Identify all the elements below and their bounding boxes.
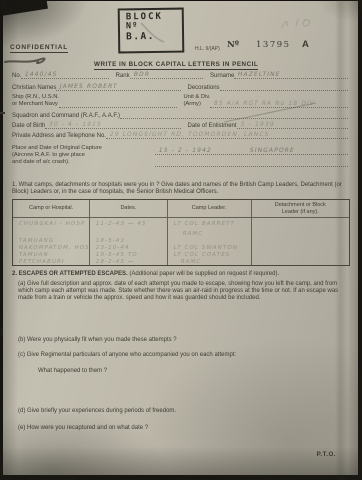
field-rank-label: Rank bbox=[116, 73, 130, 79]
serial-number: 13795 bbox=[256, 40, 291, 50]
field-capture-line1: 15 - 2 - 1942 SINGAPORE bbox=[155, 145, 348, 155]
field-christian-names-label: Christian Names bbox=[12, 85, 56, 91]
serial-no-label: Nº bbox=[227, 40, 239, 50]
table-row-leader: LT COL COATES bbox=[168, 251, 252, 258]
field-surname-value: HAZELTINE bbox=[237, 71, 281, 78]
table-row-camp: PETCHABURI bbox=[13, 258, 90, 266]
leader-value: LT COL SWANTON bbox=[173, 245, 238, 251]
table-row-detachment bbox=[252, 258, 349, 266]
field-christian-names-line: JAMES ROBERT bbox=[56, 82, 180, 91]
field-surname: Surname HAZELTINE bbox=[210, 70, 348, 79]
table-row-camp bbox=[13, 230, 90, 237]
field-no-line: 1440/45 bbox=[21, 70, 108, 79]
escapes-heading-note: (Additional paper will be supplied on re… bbox=[128, 271, 279, 277]
camp-value: NAKOMPATOM, HOS bbox=[18, 245, 90, 251]
leader-value: LT COL BARRETT bbox=[173, 221, 235, 227]
question-1-text: 1. What camps, detachments or hospitals … bbox=[12, 182, 348, 196]
escapes-question-c2: What happened to them ? bbox=[38, 368, 107, 375]
field-capture-place: SINGAPORE bbox=[249, 147, 296, 154]
row-ship-unit: Ship (R.N., U.S.N. or Merchant Navy Unit… bbox=[12, 94, 348, 108]
row-dob-enlistment: Date of Birth 30 - 4 - 1915 Date of Enli… bbox=[12, 120, 348, 129]
field-capture-label: Place and Date of Original Capture (Airc… bbox=[12, 145, 148, 166]
escapes-question-e: (e) How were you recaptured and on what … bbox=[18, 425, 148, 432]
table-header-camp: Camp or Hospital. bbox=[13, 200, 90, 218]
dates-value: 28-2-45 — bbox=[95, 259, 135, 265]
table-row-leader: LT COL SWANTON bbox=[168, 244, 252, 251]
table-row-detachment bbox=[252, 244, 349, 251]
field-no: No. 1440/45 bbox=[12, 70, 109, 79]
table-row-leader: LT COL BARRETT bbox=[168, 218, 252, 230]
table-row-detachment bbox=[252, 237, 349, 244]
dates-value: 11-2-43 — 45 bbox=[95, 221, 147, 227]
field-dob-line: 30 - 4 - 1915 bbox=[45, 120, 180, 129]
stamp-line-ba: B.A. bbox=[126, 32, 182, 44]
escapes-question-b: (b) Were you physically fit when you mad… bbox=[18, 337, 177, 344]
table-row-detachment bbox=[252, 218, 349, 230]
field-capture-lines: 15 - 2 - 1942 SINGAPORE bbox=[155, 145, 348, 167]
dates-value: 19-5-45 TO bbox=[95, 252, 138, 258]
table-row-dates: 18-5-43 bbox=[90, 237, 167, 244]
table-row-camp: NAKOMPATOM, HOS bbox=[13, 244, 90, 251]
field-unit-label: Unit & Div. (Army) bbox=[184, 94, 211, 108]
table-row-detachment bbox=[252, 230, 349, 237]
table-row-camp: TAMUANG bbox=[13, 237, 90, 244]
camp-value: TAMUANG bbox=[18, 238, 55, 244]
field-unit-value: 85 A/A RGT RA No 18 DIV bbox=[213, 100, 316, 107]
field-surname-line: HAZELTINE bbox=[234, 70, 348, 79]
field-decorations-line bbox=[220, 82, 348, 91]
confidential-marking: CONFIDENTIAL bbox=[10, 44, 68, 53]
field-dob-label: Date of Birth bbox=[12, 123, 45, 129]
row-capture: Place and Date of Original Capture (Airc… bbox=[12, 145, 348, 167]
field-surname-label: Surname bbox=[210, 73, 234, 79]
escapes-heading-bold: 2. ESCAPES OR ATTEMPTED ESCAPES. bbox=[12, 271, 128, 277]
camp-value: TAMUAN bbox=[18, 252, 49, 258]
form-reference: H.L. 9/(AP) bbox=[195, 46, 220, 52]
field-rank-line: BDR bbox=[130, 70, 203, 79]
margin-tick bbox=[0, 112, 5, 114]
field-unit-line: 85 A/A RGT RA No 18 DIV bbox=[210, 99, 348, 108]
field-decorations: Decorations bbox=[188, 82, 348, 91]
field-squadron: Squadron and Command (R.A.F., A.A.F.) bbox=[12, 110, 348, 119]
dates-value: 18-5-43 bbox=[95, 238, 125, 244]
leader-value: LT COL COATES bbox=[173, 252, 231, 258]
table-row-dates: 23-10-44 bbox=[90, 244, 167, 251]
table-row-dates: 19-5-45 TO bbox=[90, 251, 167, 258]
field-capture-line2 bbox=[155, 155, 348, 167]
escapes-question-a: (a) Give full description and approx. da… bbox=[18, 281, 348, 303]
escapes-heading: 2. ESCAPES OR ATTEMPTED ESCAPES. (Additi… bbox=[12, 271, 348, 278]
field-enlistment-label: Date of Enlistment bbox=[188, 123, 237, 129]
table-row-camp: TAMUAN bbox=[13, 251, 90, 258]
table-header-dates: Dates. bbox=[90, 200, 167, 218]
table-row-leader: RAMC bbox=[168, 258, 252, 266]
field-ship-line bbox=[59, 99, 176, 108]
field-address-label: Private Address and Telephone No. bbox=[12, 133, 106, 139]
field-squadron-label: Squadron and Command (R.A.F., A.A.F.) bbox=[12, 113, 120, 119]
field-capture-date: 15 - 2 - 1942 bbox=[158, 147, 212, 154]
field-no-label: No. bbox=[12, 73, 21, 79]
table-row-leader bbox=[168, 237, 252, 244]
block-number-stamp: BLOCK Nº B.A. bbox=[118, 8, 185, 54]
field-christian-names: Christian Names JAMES ROBERT bbox=[12, 82, 181, 91]
field-no-value: 1440/45 bbox=[24, 71, 58, 78]
field-enlistment: Date of Enlistment 5 - 1939 bbox=[188, 120, 348, 129]
photo-of-form: CONFIDENTIAL BLOCK Nº B.A. H.L. 9/(AP) N… bbox=[0, 0, 362, 480]
edge-nick bbox=[0, 328, 3, 337]
escapes-question-d: (d) Give briefly your experiences during… bbox=[18, 408, 176, 415]
pto-marking: P.T.O. bbox=[317, 451, 336, 458]
table-row-dates: 11-2-43 — 45 bbox=[90, 218, 167, 230]
leader-value: RAMC bbox=[182, 231, 204, 237]
camp-value: CHUNGKAI - HOSP bbox=[18, 221, 86, 227]
leader-value: RAMC bbox=[180, 259, 202, 265]
field-squadron-line bbox=[120, 110, 348, 119]
camps-table: Camp or Hospital. Dates. Camp Leader. De… bbox=[12, 199, 350, 266]
row-names-decorations: Christian Names JAMES ROBERT Decorations bbox=[12, 82, 348, 91]
table-row-detachment bbox=[252, 251, 349, 258]
field-christian-names-value: JAMES ROBERT bbox=[59, 83, 118, 90]
table-header-detachment: Detachment or Block Leader (if any). bbox=[252, 200, 349, 218]
field-unit: Unit & Div. (Army) 85 A/A RGT RA No 18 D… bbox=[184, 94, 349, 108]
field-ship: Ship (R.N., U.S.N. or Merchant Navy bbox=[12, 94, 177, 108]
field-address: Private Address and Telephone No. 29 LON… bbox=[12, 130, 348, 139]
row-no-rank-surname: No. 1440/45 Rank BDR Surname HAZELTINE bbox=[12, 70, 348, 79]
camp-value: PETCHABURI bbox=[18, 259, 65, 265]
field-decorations-label: Decorations bbox=[188, 85, 220, 91]
row-address: Private Address and Telephone No. 29 LON… bbox=[12, 130, 348, 139]
field-rank: Rank BDR bbox=[116, 70, 203, 79]
field-ship-label: Ship (R.N., U.S.N. or Merchant Navy bbox=[12, 94, 59, 108]
field-enlistment-line: 5 - 1939 bbox=[237, 120, 348, 129]
series-letter: A bbox=[302, 39, 309, 50]
table-row-dates: 28-2-45 — bbox=[90, 258, 167, 266]
field-enlistment-value: 5 - 1939 bbox=[240, 121, 275, 128]
field-dob-value: 30 - 4 - 1915 bbox=[48, 121, 102, 128]
field-address-value: 29 LONGSIGHT RD, TODMORDEN, LANCS bbox=[109, 131, 270, 138]
field-dob: Date of Birth 30 - 4 - 1915 bbox=[12, 120, 181, 129]
field-rank-value: BDR bbox=[133, 71, 151, 78]
instruction-heading: WRITE IN BLOCK CAPITAL LETTERS IN PENCIL bbox=[94, 61, 258, 70]
table-header-leader: Camp Leader. bbox=[168, 200, 252, 218]
table-row-dates bbox=[90, 230, 167, 237]
field-address-line: 29 LONGSIGHT RD, TODMORDEN, LANCS bbox=[106, 130, 348, 139]
table-row-leader: RAMC bbox=[168, 230, 252, 237]
table-row-camp: CHUNGKAI - HOSP bbox=[13, 218, 90, 230]
escapes-question-c: (c) Give Regimental particulars of anyon… bbox=[18, 352, 236, 359]
dates-value: 23-10-44 bbox=[95, 245, 130, 251]
row-squadron: Squadron and Command (R.A.F., A.A.F.) bbox=[12, 110, 348, 119]
